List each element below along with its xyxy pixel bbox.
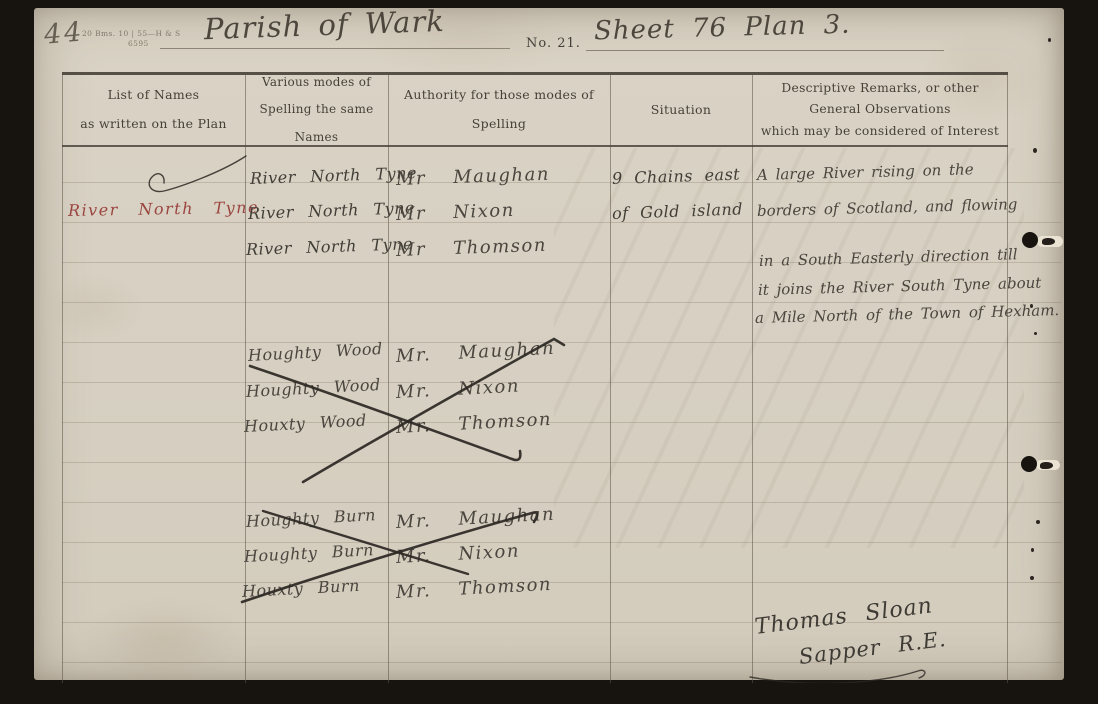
spelling-variant: River North Tyne <box>246 234 414 259</box>
authority-name: Mr. Thomson <box>395 409 552 438</box>
binding-hole <box>1022 232 1038 248</box>
page-number-label: No. 21. <box>526 36 581 51</box>
parish-title: Parish of Wark <box>203 4 445 46</box>
binding-hole <box>1021 456 1037 472</box>
paper-speck <box>1030 576 1034 580</box>
name-book-page: 44 20 Bms. 10 | 55—H & S 6595 Parish of … <box>34 8 1064 680</box>
spelling-variant: River North Tyne <box>250 163 418 188</box>
authority-name: Mr. Nixon <box>395 541 520 568</box>
header-underline-right <box>586 50 944 51</box>
printers-imprint: 20 Bms. 10 | 55—H & S 6595 <box>82 29 181 49</box>
header-line: Descriptive Remarks, or other <box>752 78 1008 100</box>
authority-name: Mr. Thomson <box>395 574 552 603</box>
table-body: River North Tyne River North Tyne River … <box>62 147 1008 683</box>
header-line: General Observations <box>752 99 1008 121</box>
column-header-remarks: Descriptive Remarks, or other General Ob… <box>752 75 1008 145</box>
header-line: List of Names <box>62 81 245 110</box>
situation-line: of Gold island <box>612 199 744 223</box>
folio-number: 44 <box>43 16 86 50</box>
column-header-situation: Situation <box>610 75 752 145</box>
spelling-variant: Houxty Wood <box>244 411 368 436</box>
signature-flourish <box>750 670 925 683</box>
document-scan: 44 20 Bms. 10 | 55—H & S 6595 Parish of … <box>0 0 1098 704</box>
paper-speck <box>1048 38 1051 42</box>
paper-speck <box>1030 304 1033 308</box>
authority-name: Mr Maughan <box>396 164 551 190</box>
column-header-spelling: Various modes of Spelling the same Names <box>245 75 388 145</box>
paper-speck <box>1036 520 1040 524</box>
header-line: which may be considered of Interest <box>752 121 1008 143</box>
header-line: Spelling the same Names <box>245 96 388 151</box>
name-book-table: List of Names as written on the Plan Var… <box>62 72 1008 683</box>
paper-speck <box>1031 548 1034 552</box>
authority-name: Mr Nixon <box>396 200 516 225</box>
remark-line: borders of Scotland, and flowing <box>757 195 1018 220</box>
header-line: as written on the Plan <box>62 110 245 139</box>
column-header-names: List of Names as written on the Plan <box>62 75 245 145</box>
sheet-plan-label: Sheet 76 Plan 3. <box>594 10 851 47</box>
remark-line: it joins the River South Tyne about <box>758 274 1042 299</box>
spelling-variant: Houghty Wood <box>248 339 384 365</box>
imprint-line-1: 20 Bms. 10 | 55—H & S <box>82 29 181 39</box>
signature-line: Sapper R.E. <box>798 627 948 669</box>
spelling-variant: Houghty Burn <box>244 540 375 566</box>
spelling-variant: River North Tyne <box>248 198 416 223</box>
authority-name: Mr. Maughan <box>395 504 555 533</box>
authority-name: Mr. Maughan <box>395 338 555 367</box>
header-line: Situation <box>610 96 752 125</box>
binding-hole-tail <box>1040 462 1053 469</box>
entry-name-on-plan: River North Tyne <box>68 198 259 220</box>
header-line: Various modes of <box>245 69 388 97</box>
situation-line: 9 Chains east <box>612 165 741 188</box>
paper-speck <box>1034 332 1037 335</box>
spelling-variant: Houghty Burn <box>246 505 377 531</box>
header-line: Authority for those modes of <box>388 81 610 110</box>
remark-line: a Mile North of the Town of Hexham. <box>755 301 1060 327</box>
check-mark <box>149 156 246 192</box>
remark-line: A large River rising on the <box>757 160 974 184</box>
authority-name: Mr. Nixon <box>395 376 520 403</box>
binding-hole-tail <box>1042 238 1055 245</box>
authority-name: Mr Thomson <box>396 235 548 261</box>
header-line: Spelling <box>388 110 610 139</box>
column-header-authority: Authority for those modes of Spelling <box>388 75 610 145</box>
spelling-variant: Houxty Burn <box>242 576 361 601</box>
spelling-variant: Houghty Wood <box>246 375 382 401</box>
table-header-row: List of Names as written on the Plan Var… <box>62 75 1008 147</box>
remark-line: in a South Easterly direction till <box>759 245 1018 270</box>
header-underline-left <box>160 48 510 49</box>
paper-speck <box>1033 148 1037 153</box>
